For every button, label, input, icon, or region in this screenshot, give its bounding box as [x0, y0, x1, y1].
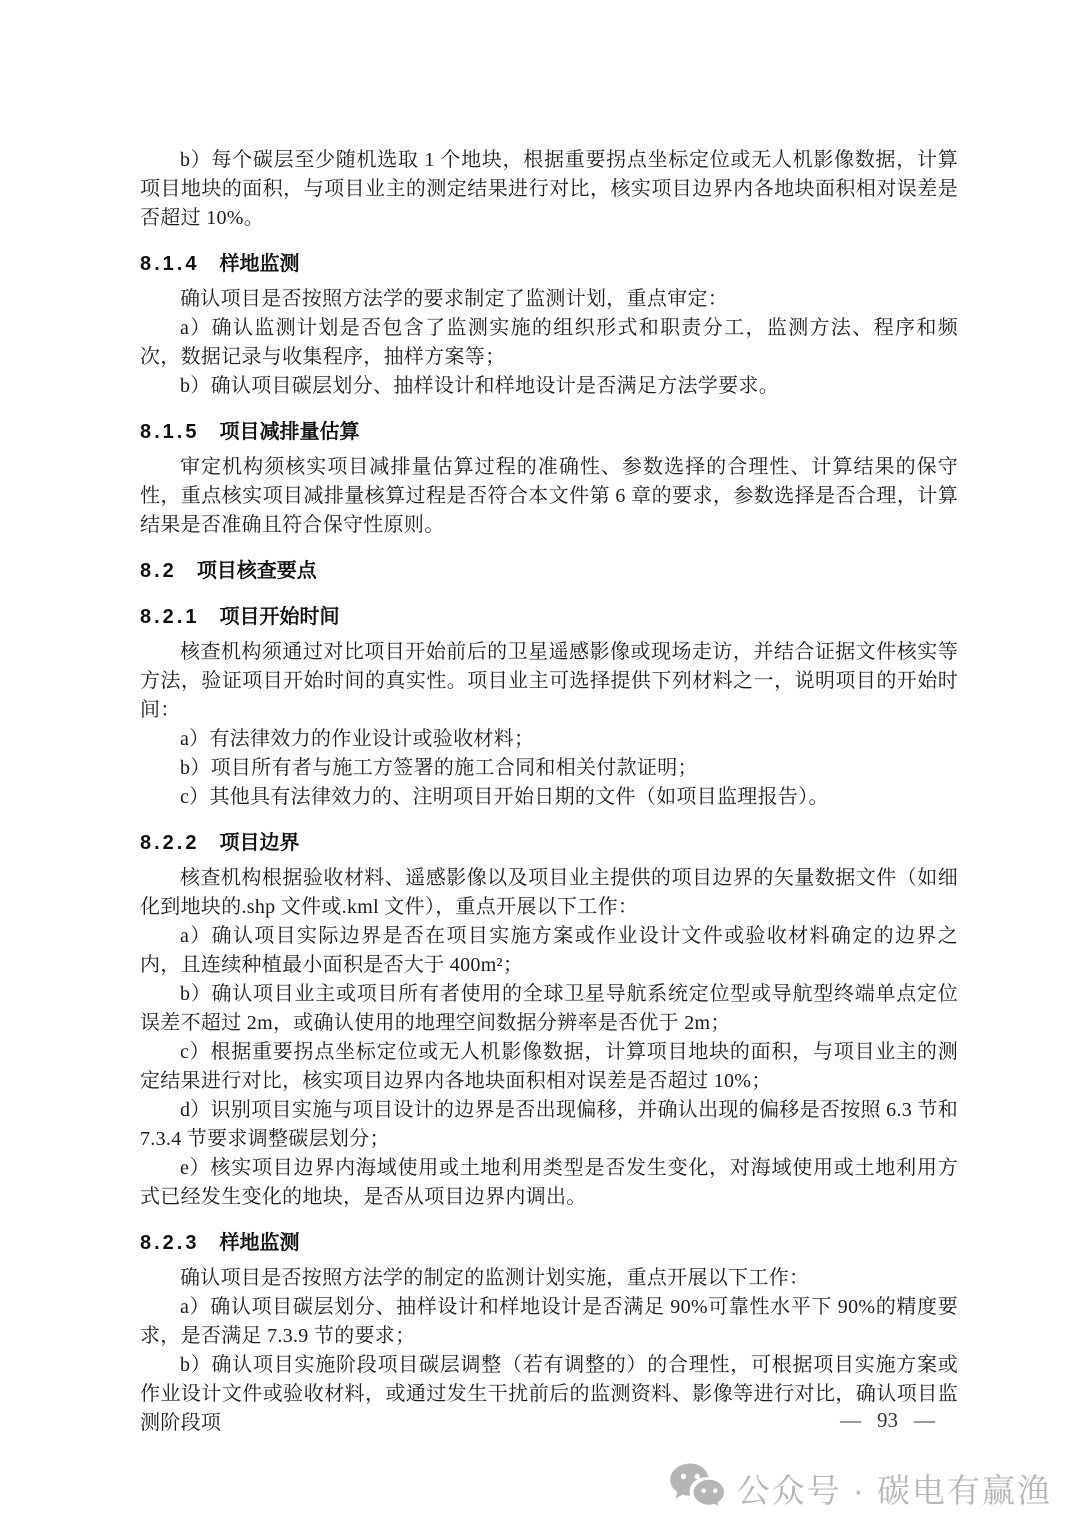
page-number-value: 93: [877, 1408, 898, 1433]
section-number: 8.2: [140, 560, 177, 582]
section-heading-8.2.3: 8.2.3样地监测: [140, 1229, 958, 1258]
section-heading-8.2.1: 8.2.1项目开始时间: [140, 603, 958, 632]
paragraph: b）项目所有者与施工方签署的施工合同和相关付款证明；: [140, 754, 958, 783]
document-page: b）每个碳层至少随机选取 1 个地块，根据重要拐点坐标定位或无人机影像数据，计算…: [0, 0, 1080, 1528]
paragraph: e）核实项目边界内海域使用或土地利用类型是否发生变化，对海域使用或土地利用方式已…: [140, 1154, 958, 1212]
paragraph: c）根据重要拐点坐标定位或无人机影像数据，计算项目地块的面积，与项目业主的测定结…: [140, 1038, 958, 1096]
paragraph: a）确认监测计划是否包含了监测实施的组织形式和职责分工，监测方法、程序和频次，数…: [140, 314, 958, 372]
section-title: 样地监测: [219, 1232, 299, 1254]
paragraph: c）其他具有法律效力的、注明项目开始日期的文件（如项目监理报告）。: [140, 783, 958, 812]
page-number-dash-left: —: [840, 1408, 861, 1433]
section-title: 项目开始时间: [219, 606, 339, 628]
paragraph: 确认项目是否按照方法学的要求制定了监测计划，重点审定：: [140, 285, 958, 314]
paragraph: b）确认项目碳层划分、抽样设计和样地设计是否满足方法学要求。: [140, 372, 958, 401]
paragraph: d）识别项目实施与项目设计的边界是否出现偏移，并确认出现的偏移是否按照 6.3 …: [140, 1096, 958, 1154]
section-title: 项目核查要点: [197, 560, 317, 582]
paragraph: 核查机构根据验收材料、遥感影像以及项目业主提供的项目边界的矢量数据文件（如细化到…: [140, 864, 958, 922]
paragraph: a）确认项目实际边界是否在项目实施方案或作业设计文件或验收材料确定的边界之内，且…: [140, 922, 958, 980]
section-title: 项目减排量估算: [219, 421, 359, 443]
page-number: — 93 —: [840, 1408, 935, 1433]
section-title: 项目边界: [219, 832, 299, 854]
section-number: 8.2.1: [140, 606, 199, 628]
section-number: 8.1.5: [140, 421, 199, 443]
section-number: 8.2.3: [140, 1232, 199, 1254]
paragraph: 核查机构须通过对比项目开始前后的卫星遥感影像或现场走访，并结合证据文件核实等方法…: [140, 638, 958, 725]
section-title: 样地监测: [219, 253, 299, 275]
section-heading-8.1.4: 8.1.4样地监测: [140, 250, 958, 279]
paragraph: 确认项目是否按照方法学的制定的监测计划实施，重点开展以下工作：: [140, 1264, 958, 1293]
paragraph: b）确认项目业主或项目所有者使用的全球卫星导航系统定位型或导航型终端单点定位误差…: [140, 980, 958, 1038]
section-number: 8.1.4: [140, 253, 199, 275]
paragraph: 审定机构须核实项目减排量估算过程的准确性、参数选择的合理性、计算结果的保守性，重…: [140, 453, 958, 540]
wechat-icon: [669, 1462, 727, 1514]
watermark: 公众号 · 碳电有赢渔: [669, 1462, 1052, 1514]
section-heading-8.1.5: 8.1.5项目减排量估算: [140, 418, 958, 447]
paragraph: a）有法律效力的作业设计或验收材料；: [140, 725, 958, 754]
section-heading-8.2.2: 8.2.2项目边界: [140, 829, 958, 858]
section-heading-8.2: 8.2项目核查要点: [140, 557, 958, 586]
document-blocks: b）每个碳层至少随机选取 1 个地块，根据重要拐点坐标定位或无人机影像数据，计算…: [140, 146, 958, 1438]
page-number-dash-right: —: [914, 1408, 935, 1433]
section-number: 8.2.2: [140, 832, 199, 854]
paragraph: b）确认项目实施阶段项目碳层调整（若有调整的）的合理性，可根据项目实施方案或作业…: [140, 1351, 958, 1438]
paragraph: a）确认项目碳层划分、抽样设计和样地设计是否满足 90%可靠性水平下 90%的精…: [140, 1293, 958, 1351]
paragraph: b）每个碳层至少随机选取 1 个地块，根据重要拐点坐标定位或无人机影像数据，计算…: [140, 146, 958, 233]
watermark-text: 公众号 · 碳电有赢渔: [737, 1465, 1052, 1512]
